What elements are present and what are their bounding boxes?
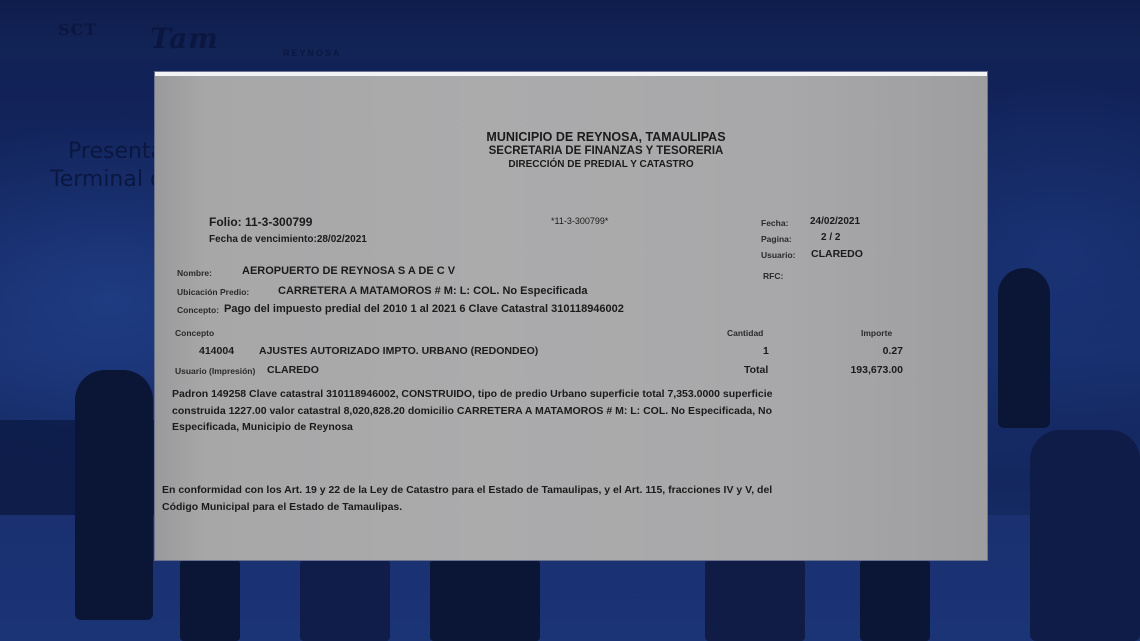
folio-label: Folio: bbox=[209, 215, 242, 229]
chair-silhouette bbox=[180, 560, 240, 641]
property-details: Padron 149258 Clave catastral 3101189460… bbox=[172, 386, 797, 436]
secretariat-title: SECRETARIA DE FINANZAS Y TESORERIA bbox=[225, 144, 987, 158]
folio: Folio: 11-3-300799 bbox=[209, 215, 312, 229]
chair-silhouette bbox=[705, 560, 805, 641]
person-silhouette bbox=[1030, 430, 1140, 641]
row-importe: 0.27 bbox=[845, 345, 903, 357]
rfc-label: RFC: bbox=[763, 271, 783, 281]
table-header-concepto: Concepto bbox=[175, 328, 214, 338]
chair-silhouette bbox=[300, 560, 390, 641]
legal-notice: En conformidad con los Art. 19 y 22 de l… bbox=[162, 482, 777, 515]
table-header-cantidad: Cantidad bbox=[727, 328, 763, 338]
sct-logo: SCT bbox=[58, 20, 97, 39]
tamaulipas-logo: Tam bbox=[150, 22, 219, 55]
usuario-impresion-value: CLAREDO bbox=[267, 364, 319, 376]
nombre-label: Nombre: bbox=[177, 268, 212, 278]
row-code: 414004 bbox=[199, 345, 234, 357]
concepto-value: Pago del impuesto predial del 2010 1 al … bbox=[224, 303, 624, 315]
chair-silhouette bbox=[430, 560, 540, 641]
person-silhouette bbox=[998, 268, 1050, 428]
usuario-label: Usuario: bbox=[761, 250, 795, 260]
fecha-value: 24/02/2021 bbox=[810, 216, 860, 227]
chair-silhouette bbox=[860, 560, 930, 641]
document-header: MUNICIPIO DE REYNOSA, TAMAULIPAS SECRETA… bbox=[155, 130, 987, 172]
pagina-value: 2 / 2 bbox=[821, 232, 840, 243]
reynosa-logo: REYNOSA bbox=[283, 48, 342, 58]
row-description: AJUSTES AUTORIZADO IMPTO. URBANO (REDOND… bbox=[259, 345, 538, 357]
due-date: Fecha de vencimiento:28/02/2021 bbox=[209, 234, 367, 245]
usuario-impresion-label: Usuario (Impresión) bbox=[175, 366, 255, 376]
table-header-importe: Importe bbox=[861, 328, 892, 338]
concepto-label: Concepto: bbox=[177, 305, 219, 315]
total-label: Total bbox=[744, 364, 768, 376]
tax-receipt-document: MUNICIPIO DE REYNOSA, TAMAULIPAS SECRETA… bbox=[155, 72, 987, 560]
total-value: 193,673.00 bbox=[815, 364, 903, 376]
folio-value: 11-3-300799 bbox=[245, 215, 312, 229]
barcode-text: *11-3-300799* bbox=[551, 216, 608, 226]
fecha-label: Fecha: bbox=[761, 218, 788, 228]
due-date-label: Fecha de vencimiento: bbox=[209, 234, 317, 245]
directorate-title: DIRECCIÓN DE PREDIAL Y CATASTRO bbox=[215, 158, 987, 172]
row-cantidad: 1 bbox=[763, 345, 769, 357]
pagina-label: Pagina: bbox=[761, 234, 792, 244]
due-date-value: 28/02/2021 bbox=[317, 234, 367, 245]
background-title-line-1: Presenta bbox=[68, 138, 164, 166]
usuario-value: CLAREDO bbox=[811, 248, 863, 260]
person-silhouette bbox=[75, 370, 153, 620]
ubicacion-label: Ubicación Predio: bbox=[177, 287, 249, 297]
municipality-title: MUNICIPIO DE REYNOSA, TAMAULIPAS bbox=[225, 130, 987, 144]
ubicacion-value: CARRETERA A MATAMOROS # M: L: COL. No Es… bbox=[278, 285, 587, 297]
nombre-value: AEROPUERTO DE REYNOSA S A DE C V bbox=[242, 265, 455, 277]
